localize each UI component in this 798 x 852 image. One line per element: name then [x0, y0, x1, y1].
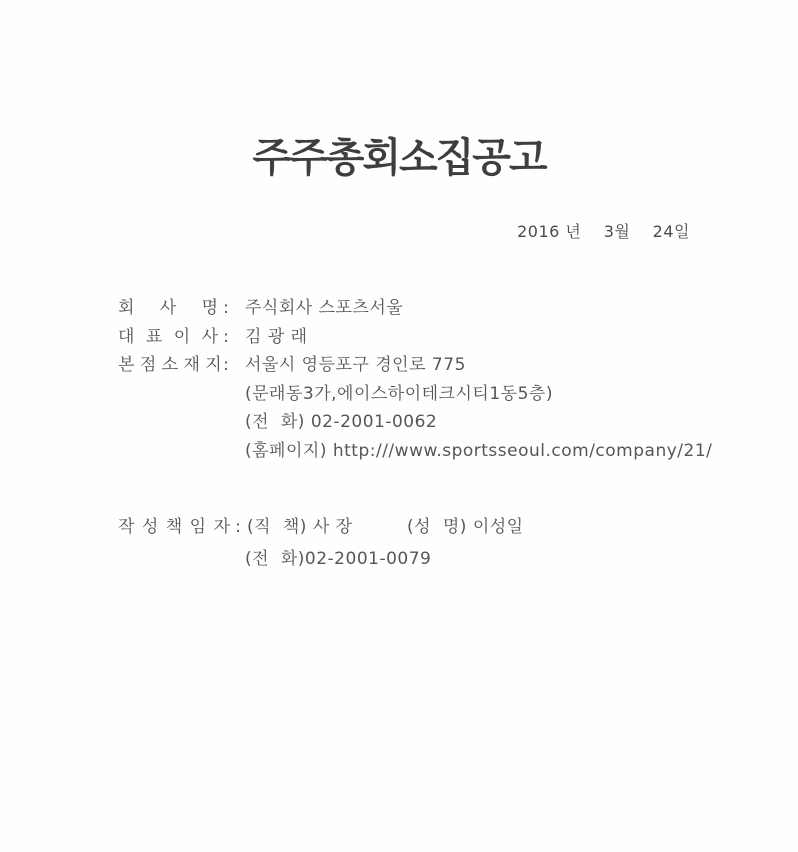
field-value-homepage-url: (홈페이지) http:///www.sportsseoul.com/compa…	[245, 437, 712, 466]
field-row-head-office-address: 본 점 소 재 지:서울시 영등포구 경인로 775	[118, 351, 712, 380]
field-row-writer: 작 성 책 임 자:(직 책) 사 장(성 명) 이성일	[118, 511, 524, 543]
field-colon: :	[220, 294, 232, 323]
field-row-address-detail: (문래동3가,에이스하이테크시티1동5층)	[118, 380, 712, 409]
field-value-writer-name: (성 명) 이성일	[407, 511, 524, 543]
field-colon: :	[220, 323, 232, 352]
company-info-section: 회 사 명:주식회사 스포츠서울 대 표 이 사:김 광 래 본 점 소 재 지…	[118, 294, 712, 465]
field-value-address-detail: (문래동3가,에이스하이테크시티1동5층)	[245, 380, 553, 409]
field-value-company-name: 주식회사 스포츠서울	[245, 294, 403, 323]
field-row-company-phone: (전 화) 02-2001-0062	[118, 408, 712, 437]
field-value-head-office-address: 서울시 영등포구 경인로 775	[245, 351, 466, 380]
field-label-company-name: 회 사 명	[118, 294, 218, 323]
field-row-ceo-name: 대 표 이 사:김 광 래	[118, 323, 712, 352]
writer-info-section: 작 성 책 임 자:(직 책) 사 장(성 명) 이성일 (전 화)02-200…	[118, 511, 524, 575]
field-colon: :	[220, 351, 232, 380]
field-label-ceo-name: 대 표 이 사	[118, 323, 218, 352]
document-title: 주주총회소집공고	[0, 132, 798, 184]
field-label-head-office-address: 본 점 소 재 지	[118, 351, 218, 380]
field-value-writer-position: (직 책) 사 장	[247, 511, 407, 543]
document-date: 2016 년 3월 24일	[517, 219, 690, 242]
field-value-ceo-name: 김 광 래	[245, 323, 308, 352]
field-row-writer-phone: (전 화)02-2001-0079	[118, 543, 524, 575]
document-page: 주주총회소집공고 2016 년 3월 24일 회 사 명:주식회사 스포츠서울 …	[0, 0, 798, 852]
field-value-writer-phone: (전 화)02-2001-0079	[245, 543, 431, 575]
field-row-company-name: 회 사 명:주식회사 스포츠서울	[118, 294, 712, 323]
field-colon: :	[232, 511, 244, 543]
field-value-company-phone: (전 화) 02-2001-0062	[245, 408, 437, 437]
field-row-homepage: (홈페이지) http:///www.sportsseoul.com/compa…	[118, 437, 712, 466]
field-label-writer: 작 성 책 임 자	[118, 511, 230, 543]
